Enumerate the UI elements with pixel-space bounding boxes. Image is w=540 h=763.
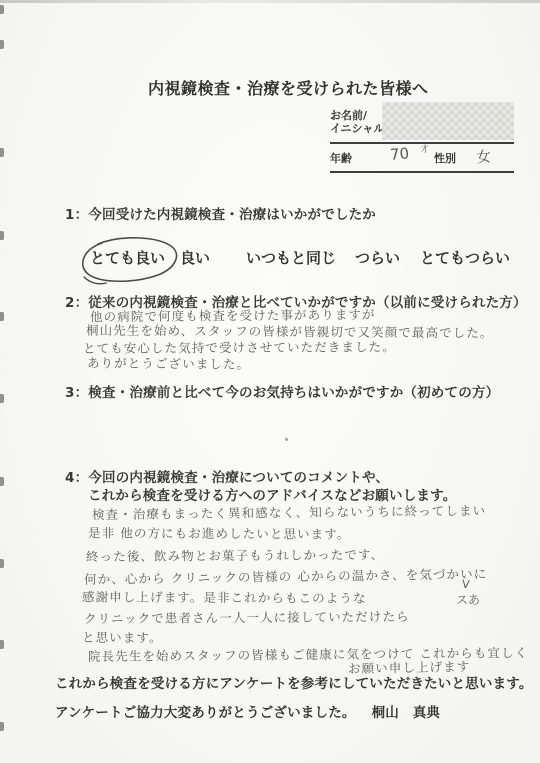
q4-answer-line: と思います。 bbox=[82, 628, 163, 647]
scan-artifact bbox=[0, 722, 4, 731]
scan-artifact bbox=[285, 438, 288, 441]
age-handwritten-value: 70 bbox=[389, 144, 410, 164]
question-3-text: 検査・治療前と比べて今のお気持ちはいかがですか（初めての方） bbox=[88, 385, 499, 401]
age-unit-handwritten: 才 bbox=[419, 141, 430, 155]
question-4: 4：今回の内視鏡検査・治療についてのコメントや、 bbox=[65, 466, 389, 486]
name-label-line2: イニシャル bbox=[330, 122, 384, 135]
gender-handwritten-value: 女 bbox=[475, 146, 491, 168]
scanned-questionnaire-page: 内視鏡検査・治療を受けられた皆様へ お名前/ イニシャル 年齢 70 才 性別 … bbox=[0, 0, 540, 763]
scan-artifact bbox=[0, 40, 4, 49]
scan-artifact bbox=[0, 312, 4, 321]
q4-answer-line: 是非 他の方にもお進めしたいと思います。 bbox=[88, 523, 351, 542]
age-sex-row: 年齢 70 才 性別 女 bbox=[330, 144, 514, 173]
question-4-number: 4： bbox=[65, 470, 88, 486]
question-3-number: 3： bbox=[65, 385, 88, 401]
scan-artifact bbox=[0, 5, 4, 14]
scan-artifact bbox=[0, 148, 4, 157]
question-2-number: 2： bbox=[65, 295, 88, 311]
q4-answer-line: 感謝申し上げます。是非これからもこのような bbox=[82, 587, 367, 606]
scan-edge-artifact bbox=[0, 0, 540, 3]
q4-answer-line: 何か、心から クリニックの皆様の 心からの温かさ、を気づかいに bbox=[84, 564, 488, 588]
scan-artifact bbox=[0, 231, 4, 240]
scan-artifact bbox=[0, 640, 4, 649]
q4-answer-line: 終った後、飲み物とお菓子もうれしかったです、 bbox=[86, 545, 384, 565]
scan-artifact bbox=[0, 394, 4, 403]
option-itsumo-onaji: いつもと同じ bbox=[246, 247, 336, 268]
question-1-number: 1： bbox=[65, 207, 88, 223]
question-1: 1：今回受けた内視鏡検査・治療はいかがでしたか bbox=[65, 203, 376, 223]
footer-thanks-text: アンケートご協力大変ありがとうございました。 bbox=[55, 705, 356, 721]
name-row: お名前/ イニシャル bbox=[330, 102, 514, 144]
footer-thanks: アンケートご協力大変ありがとうございました。桐山 真典 bbox=[55, 701, 440, 721]
question-3: 3：検査・治療前と比べて今のお気持ちはいかがですか（初めての方） bbox=[65, 381, 499, 401]
q4-answer-line: 検査・治療もまったく異和感なく、知らないうちに終ってしまい bbox=[92, 501, 486, 523]
redacted-name-area bbox=[382, 102, 514, 140]
doctor-signature: 桐山 真典 bbox=[372, 705, 441, 721]
name-label-line1: お名前/ bbox=[330, 109, 384, 122]
option-totemo-yoi: とても良い bbox=[90, 247, 165, 268]
insertion-note-handwritten: スあ bbox=[456, 591, 480, 608]
option-tsurai: つらい bbox=[355, 247, 400, 268]
form-title: 内視鏡検査・治療を受けられた皆様へ bbox=[148, 76, 429, 99]
question-1-text: 今回受けた内視鏡検査・治療はいかがでしたか bbox=[88, 207, 376, 223]
q2-answer-line: ありがとうございました。 bbox=[87, 353, 250, 372]
q4-answer-line: クリニックで患者さん一人一人に接していただけたら bbox=[84, 607, 410, 627]
respondent-info-box: お名前/ イニシャル 年齢 70 才 性別 女 bbox=[330, 102, 514, 173]
name-label: お名前/ イニシャル bbox=[330, 109, 384, 135]
age-label: 年齢 bbox=[330, 150, 352, 166]
option-yoi: 良い bbox=[180, 247, 210, 268]
insertion-caret-mark: V bbox=[461, 578, 470, 592]
option-totemo-tsurai: とてもつらい bbox=[420, 247, 510, 268]
scan-artifact bbox=[0, 559, 4, 568]
gender-label: 性別 bbox=[434, 150, 456, 166]
scan-artifact bbox=[0, 477, 4, 486]
footer-note: これから検査を受ける方にアンケートを参考にしていただきたいと思います。 bbox=[55, 672, 533, 692]
